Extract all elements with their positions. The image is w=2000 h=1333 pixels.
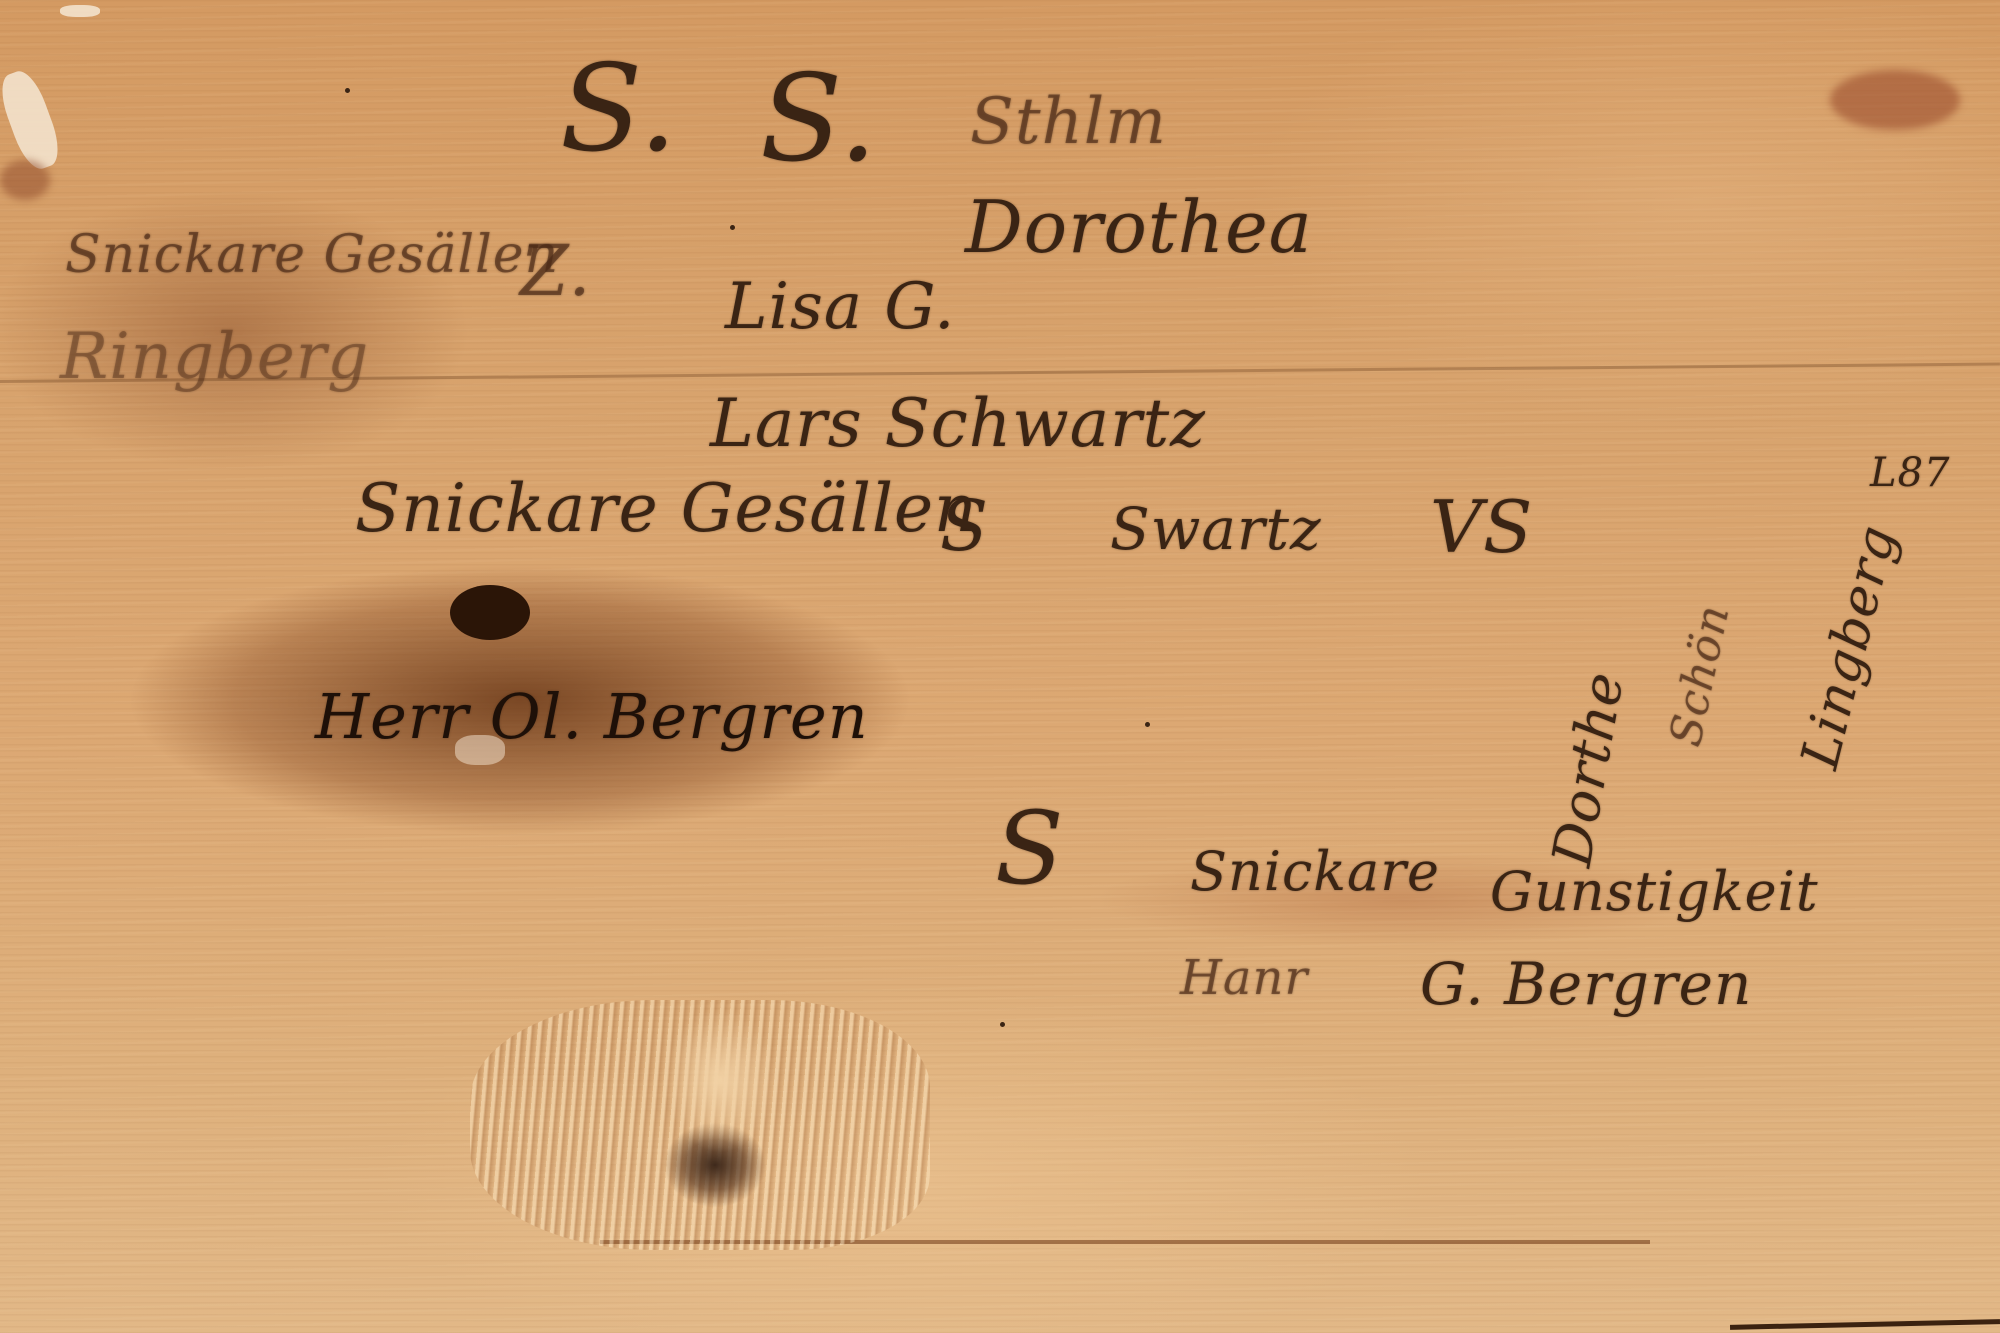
wormhole: [1000, 1022, 1005, 1027]
inscription-snickare-gesallen: Snickare Gesällen: [355, 470, 978, 547]
inscription-g-bergren: G. Bergren: [1420, 950, 1752, 1018]
inscription-z: Z.: [520, 230, 592, 312]
inscription-ringberg-faded: Ringberg: [60, 320, 369, 394]
inscription-initial: S.: [560, 40, 678, 179]
ink-blot: [450, 585, 530, 640]
inscription-sthlm: Sthlm: [970, 85, 1167, 159]
wormhole: [730, 225, 735, 230]
wood-chip: [60, 5, 100, 17]
inscription-swartz: Swartz: [1110, 495, 1322, 563]
inscription-schwartz: Lars Schwartz: [710, 385, 1206, 462]
inscription-vs: VS: [1430, 485, 1533, 569]
wormhole: [1145, 722, 1150, 727]
inscription-lisa: Lisa G.: [725, 270, 956, 344]
wood-stain: [1830, 70, 1960, 130]
inscription-s: S: [940, 485, 989, 567]
inscription-vertical-schon: Schön: [1660, 600, 1740, 750]
board-edge-crack: [1730, 1319, 2000, 1330]
inscription-hanr: Hanr: [1180, 950, 1308, 1006]
inscription-vertical-lingberg: Lingberg: [1790, 519, 1908, 774]
inscription-snickare-faded: Snickare Gesällen: [65, 225, 559, 285]
gouged-knot-damage: [470, 1000, 930, 1250]
wooden-board-photo: S. S. Sthlm Dorothea Snickare Gesällen R…: [0, 0, 2000, 1333]
inscription-initial: S.: [760, 50, 878, 189]
wormhole: [345, 88, 350, 93]
inscription-mark-l87: L87: [1870, 450, 1950, 496]
inscription-snickare: Snickare: [1190, 840, 1440, 903]
inscription-vertical-dorthe: Dorthe: [1540, 667, 1636, 871]
wood-stain: [0, 160, 50, 200]
wood-chip: [0, 66, 66, 174]
inscription-gunstigkeit: Gunstigkeit: [1490, 860, 1819, 923]
inscription-herr-bergren: Herr Ol. Bergren: [315, 680, 869, 753]
inscription-dorothea: Dorothea: [965, 185, 1313, 269]
inscription-large-s: S: [995, 790, 1065, 907]
